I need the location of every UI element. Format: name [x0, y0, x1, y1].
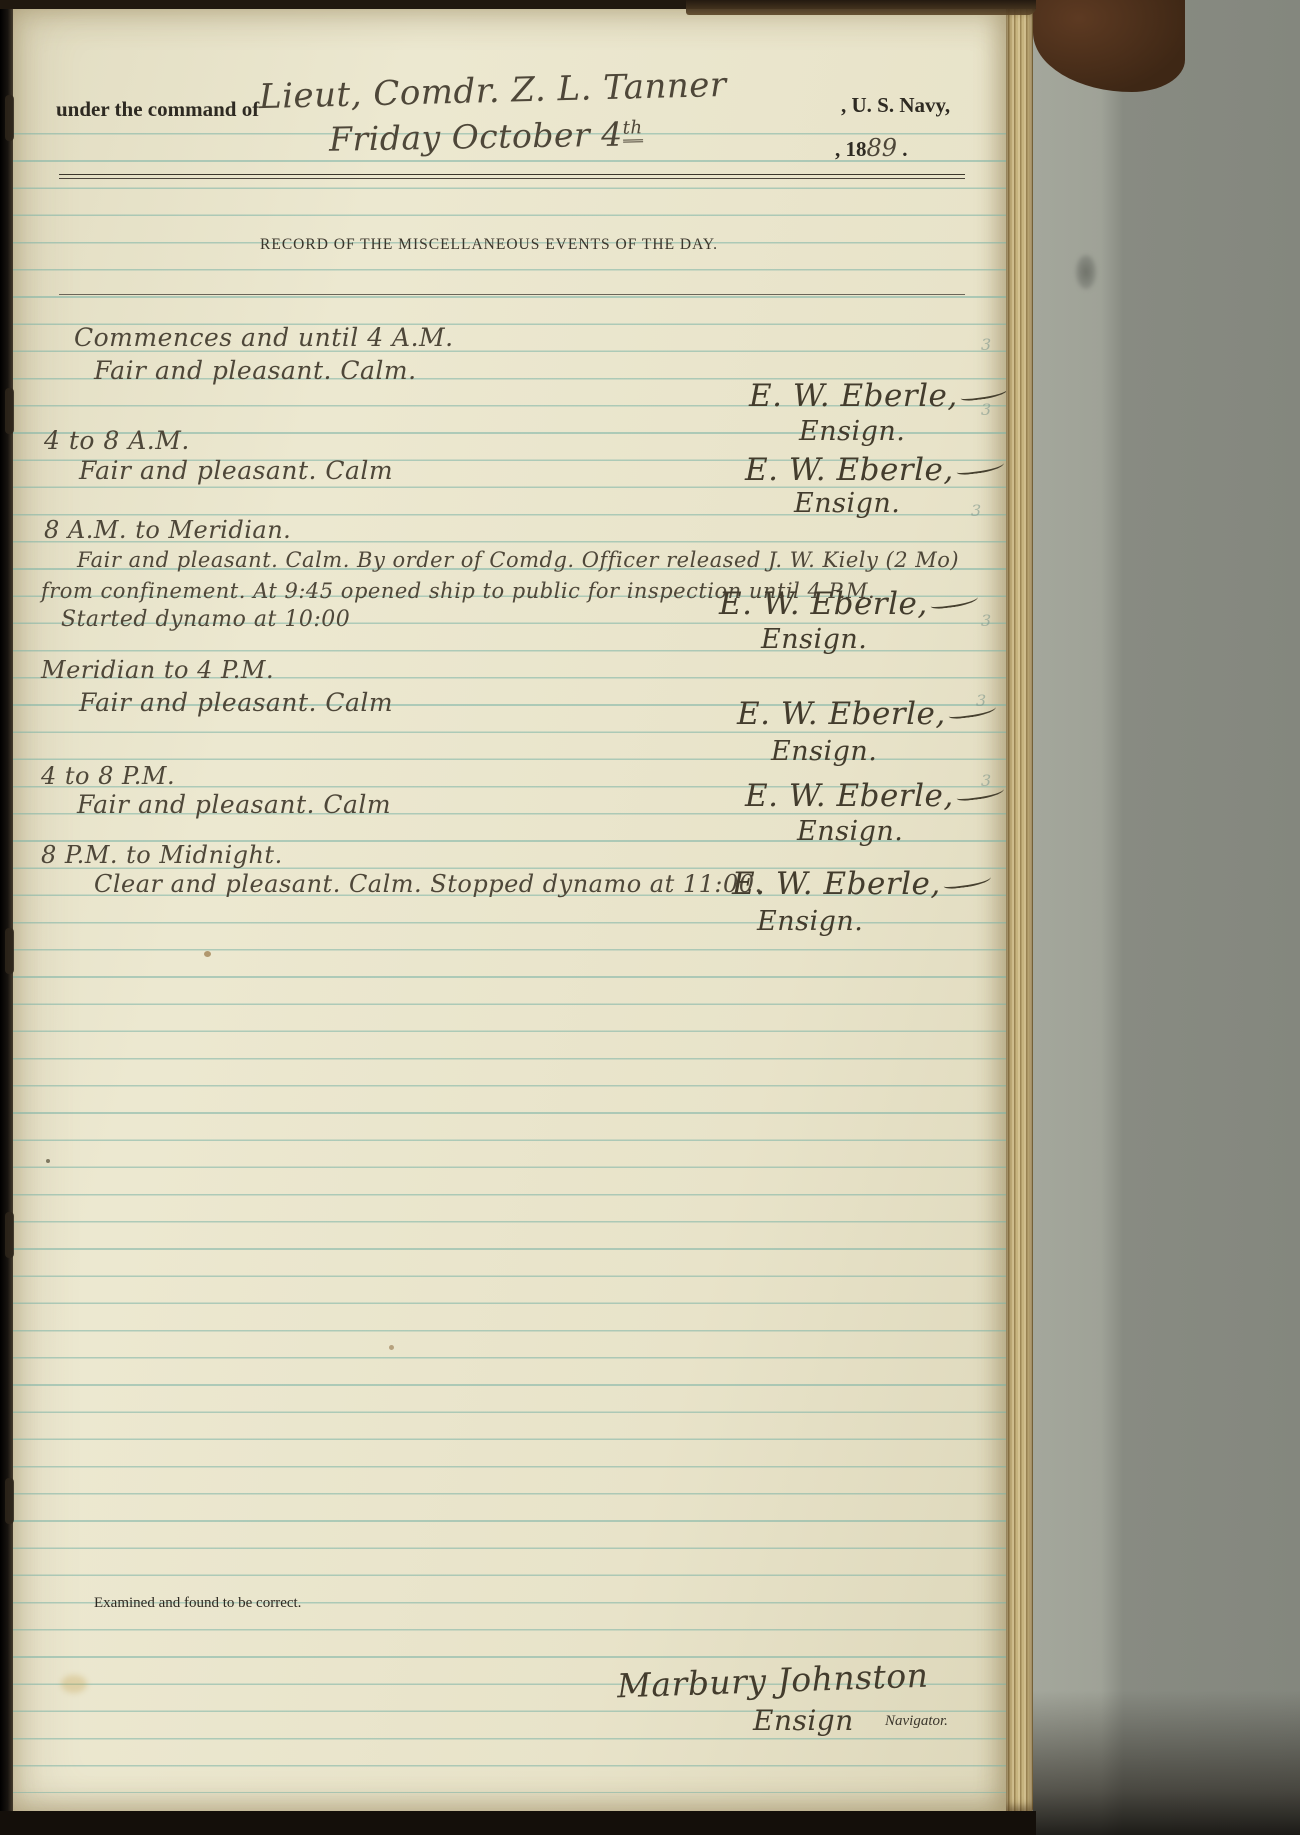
printed-navigator-label: Navigator. — [885, 1713, 948, 1730]
bleed-through-digit: 3 — [971, 501, 981, 520]
date-handwritten: Friday October 4th — [329, 114, 643, 158]
signature-flourish — [947, 702, 996, 720]
paper-stain — [61, 1675, 87, 1693]
watch-signature: E. W. Eberle, — [737, 696, 997, 732]
signature-flourish — [942, 872, 991, 890]
binding-stitch — [5, 95, 14, 141]
binding-stitch — [5, 928, 14, 974]
watch-signature: E. W. Eberle, — [732, 866, 992, 902]
entry-line: Fair and pleasant. Calm. — [94, 356, 417, 385]
title-rule — [59, 294, 965, 295]
page-edge-stack — [1006, 6, 1033, 1812]
year-period: . — [902, 137, 907, 161]
binding-stitch — [5, 1478, 14, 1524]
binding-stitch — [5, 388, 14, 434]
signature-rank: Ensign. — [799, 416, 905, 447]
entry-heading: Meridian to 4 P.M. — [41, 656, 274, 684]
binding-stitch — [5, 1212, 14, 1258]
entry-line: Fair and pleasant. Calm — [79, 456, 393, 485]
bleed-through-digit: 3 — [981, 771, 991, 790]
book-spine-edge — [0, 0, 13, 1835]
entry-heading: 4 to 8 P.M. — [41, 762, 175, 790]
signature-rank: Ensign. — [797, 816, 903, 847]
year-handwritten: 89 — [867, 134, 898, 162]
watch-signature: E. W. Eberle, — [719, 586, 979, 622]
paper-speck — [46, 1159, 50, 1163]
watch-signature: E. W. Eberle, — [745, 452, 1005, 488]
signature-flourish — [955, 458, 1004, 476]
book-cover-background — [1033, 0, 1300, 1835]
signature-rank: Ensign. — [761, 624, 867, 655]
year-field: , 1889 . — [835, 134, 908, 162]
bleed-through-digit: 3 — [981, 400, 991, 419]
printed-command-label: under the command of — [56, 97, 259, 122]
logbook-page: under the command of Lieut, Comdr. Z. L.… — [13, 7, 1006, 1811]
ink-stain — [204, 951, 211, 957]
watch-signature: E. W. Eberle, — [745, 778, 1005, 814]
signature-text: E. W. Eberle, — [719, 586, 928, 622]
cover-shadow — [1033, 1690, 1300, 1835]
date-ordinal: th — [622, 117, 642, 142]
entry-line: Fair and pleasant. Calm — [79, 688, 393, 717]
navigator-rank-handwritten: Ensign — [753, 1704, 854, 1737]
signature-text: E. W. Eberle, — [737, 696, 946, 732]
entry-heading: 8 A.M. to Meridian. — [44, 516, 291, 544]
signature-text: E. W. Eberle, — [745, 452, 954, 488]
printed-us-navy-label: , U. S. Navy, — [841, 93, 950, 118]
entry-line: Clear and pleasant. Calm. Stopped dynamo… — [94, 870, 763, 898]
entry-line: Fair and pleasant. Calm — [77, 790, 391, 819]
watch-signature: E. W. Eberle, — [749, 378, 1009, 414]
scan-bottom-edge — [0, 1811, 1036, 1835]
section-title: RECORD OF THE MISCELLANEOUS EVENTS OF TH… — [13, 236, 965, 254]
signature-text: E. W. Eberle, — [745, 778, 954, 814]
signature-rank: Ensign. — [757, 906, 863, 937]
bleed-through-digit: 3 — [981, 335, 991, 354]
scan-artifact — [1076, 255, 1096, 289]
examined-statement: Examined and found to be correct. — [94, 1595, 301, 1612]
scan-top-edge-shadow — [686, 0, 1036, 15]
entry-line: Fair and pleasant. Calm. By order of Com… — [77, 548, 959, 572]
bleed-through-digit: 3 — [976, 691, 986, 710]
signature-text: E. W. Eberle, — [732, 866, 941, 902]
signature-rank: Ensign. — [794, 488, 900, 519]
entry-line: Started dynamo at 10:00 — [61, 607, 350, 632]
year-printed-prefix: , 18 — [835, 137, 867, 161]
date-text: Friday October 4 — [329, 115, 623, 159]
entry-heading: Commences and until 4 A.M. — [74, 323, 454, 352]
logbook-scan: under the command of Lieut, Comdr. Z. L.… — [0, 0, 1300, 1835]
ink-stain — [389, 1345, 394, 1350]
entry-heading: 8 P.M. to Midnight. — [41, 841, 283, 869]
bleed-through-digit: 3 — [981, 611, 991, 630]
signature-flourish — [929, 592, 978, 610]
signature-rank: Ensign. — [771, 736, 877, 767]
entry-heading: 4 to 8 A.M. — [44, 426, 190, 455]
commander-name-handwritten: Lieut, Comdr. Z. L. Tanner — [259, 65, 728, 117]
signature-flourish — [955, 784, 1004, 802]
signature-text: E. W. Eberle, — [749, 378, 958, 414]
header-double-rule — [59, 174, 965, 179]
